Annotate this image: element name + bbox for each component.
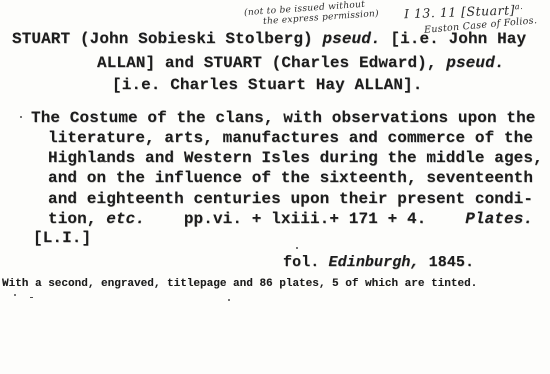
title-line-5: and eighteenth centuries upon their pres… <box>48 190 533 208</box>
heading-segment: [i.e. John Hay <box>381 30 527 48</box>
scan-noise <box>20 116 22 118</box>
heading-line-3: [i.e. Charles Stuart Hay ALLAN]. <box>112 76 422 94</box>
title-plates-italic: Plates. <box>465 210 533 228</box>
scan-noise <box>14 294 16 296</box>
scan-noise <box>296 247 298 249</box>
title-pagination: pp.vi. + lxiii.+ 171 + 4. <box>145 210 465 228</box>
title-segment: tion, <box>48 210 106 228</box>
imprint-year: 1845. <box>420 254 475 271</box>
scan-noise <box>228 299 230 301</box>
imprint-place-italic: Edinburgh, <box>329 254 420 271</box>
scan-noise <box>100 161 107 162</box>
imprint-line: fol. Edinburgh, 1845. <box>283 254 474 271</box>
heading-line-2: ALLAN] and STUART (Charles Edward), pseu… <box>97 54 504 72</box>
scan-noise <box>30 297 33 298</box>
title-line-6: tion, etc. pp.vi. + lxiii.+ 171 + 4. Pla… <box>48 210 533 228</box>
title-line-4: and on the influence of the sixteenth, s… <box>48 169 533 187</box>
heading-line-1: STUART (John Sobieski Stolberg) pseud. [… <box>12 30 526 48</box>
heading-pseud-italic: pseud. <box>322 30 380 48</box>
imprint-format: fol. <box>283 254 329 271</box>
title-line-2: literature, arts, manufactures and comme… <box>48 129 533 147</box>
title-line-1: The Costume of the clans, with observati… <box>31 109 535 127</box>
heading-segment: STUART (John Sobieski Stolberg) <box>12 30 322 48</box>
heading-segment: ALLAN] and STUART (Charles Edward), <box>97 54 446 72</box>
heading-pseud-italic: pseud. <box>446 54 504 72</box>
catalog-card: (not to be issued without the express pe… <box>0 0 550 374</box>
title-line-3: Highlands and Western Isles during the m… <box>48 149 543 167</box>
footnote: With a second, engraved, titlepage and 8… <box>2 278 477 290</box>
title-line-7-pressmark: [L.I.] <box>33 229 91 247</box>
title-etc-italic: etc. <box>106 210 145 228</box>
shelfmark-superscript: a. <box>515 2 524 11</box>
